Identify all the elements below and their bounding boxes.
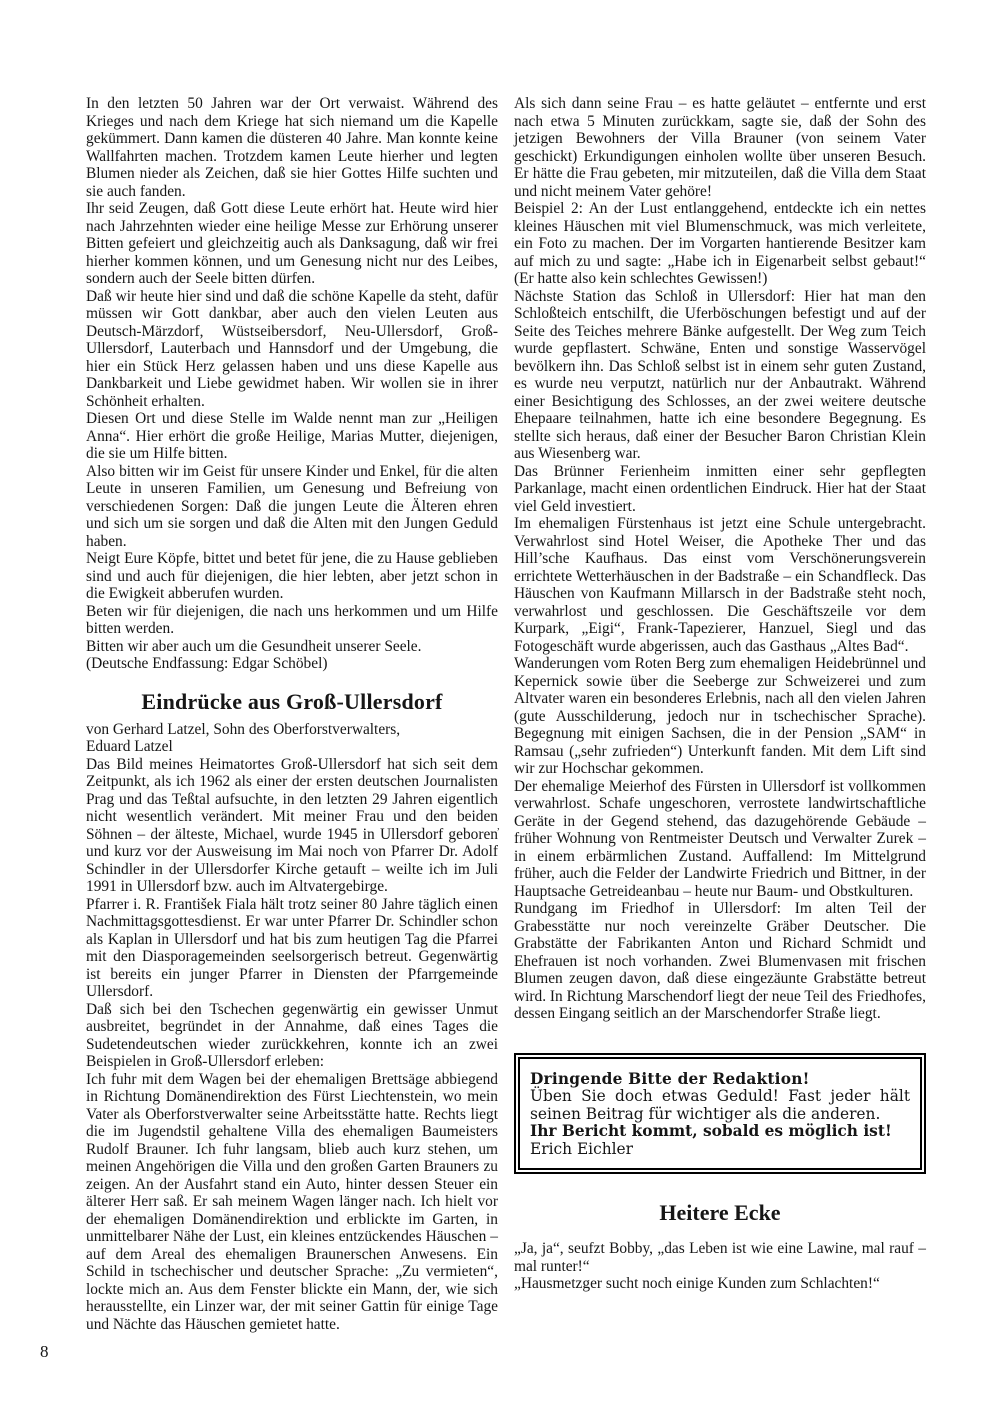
editor-notice-title: Dringende Bitte der Redaktion! bbox=[530, 1071, 910, 1089]
article-paragraph: Der ehemalige Meierhof des Fürsten in Ul… bbox=[514, 778, 926, 901]
scanned-newsletter-page: In den letzten 50 Jahren war der Ort ver… bbox=[0, 0, 1000, 1412]
sermon-paragraph: Ihr seid Zeugen, daß Gott diese Leute er… bbox=[86, 200, 498, 288]
sermon-paragraph: Diesen Ort und diese Stelle im Walde nen… bbox=[86, 410, 498, 463]
article-title: Eindrücke aus Groß-Ullersdorf bbox=[86, 689, 498, 715]
sermon-attribution: (Deutsche Endfassung: Edgar Schöbel) bbox=[86, 655, 498, 673]
article-paragraph: Daß sich bei den Tschechen gegenwärtig e… bbox=[86, 1001, 498, 1071]
right-column: Als sich dann seine Frau – es hatte gelä… bbox=[514, 95, 926, 1293]
editor-notice-emphasis: Ihr Bericht kommt, sobald es möglich ist… bbox=[530, 1123, 910, 1141]
article-paragraph: Ich fuhr mit dem Wagen bei der ehemalige… bbox=[86, 1071, 498, 1334]
sermon-paragraph: Bitten wir aber auch um die Gesundheit u… bbox=[86, 638, 498, 656]
left-column: In den letzten 50 Jahren war der Ort ver… bbox=[86, 95, 498, 1333]
humor-joke: „Ja, ja“, seufzt Bobby, „das Leben ist w… bbox=[514, 1240, 926, 1275]
scan-speck-artifact: , bbox=[497, 820, 500, 832]
sermon-paragraph: Daß wir heute hier sind und daß die schö… bbox=[86, 288, 498, 411]
byline-line2: Eduard Latzel bbox=[86, 738, 173, 755]
article-paragraph: Pfarrer i. R. František Fiala hält trotz… bbox=[86, 896, 498, 1001]
article-paragraph: Beispiel 2: An der Lust entlanggehend, e… bbox=[514, 200, 926, 288]
sermon-paragraph: Also bitten wir im Geist für unsere Kind… bbox=[86, 463, 498, 551]
sermon-paragraph: Beten wir für diejenigen, die nach uns h… bbox=[86, 603, 498, 638]
article-paragraph: Wanderungen vom Roten Berg zum ehemalige… bbox=[514, 655, 926, 778]
editor-notice-body: Üben Sie doch etwas Geduld! Fast jeder h… bbox=[530, 1088, 910, 1123]
article-paragraph: Rundgang im Friedhof in Ullersdorf: Im a… bbox=[514, 900, 926, 1023]
page-number: 8 bbox=[40, 1342, 49, 1362]
article-byline: von Gerhard Latzel, Sohn des Oberforstve… bbox=[86, 721, 498, 756]
byline-line1: von Gerhard Latzel, Sohn des Oberforstve… bbox=[86, 721, 400, 738]
sermon-paragraph: In den letzten 50 Jahren war der Ort ver… bbox=[86, 95, 498, 200]
editor-notice-box-inner: Dringende Bitte der Redaktion! Üben Sie … bbox=[518, 1057, 922, 1171]
article-paragraph: Als sich dann seine Frau – es hatte gelä… bbox=[514, 95, 926, 200]
article-paragraph: Im ehemaligen Fürstenhaus ist jetzt eine… bbox=[514, 515, 926, 655]
article-paragraph: Nächste Station das Schloß in Ullersdorf… bbox=[514, 288, 926, 463]
humor-joke: „Hausmetzger sucht noch einige Kunden zu… bbox=[514, 1275, 926, 1293]
article-paragraph: Das Bild meines Heimatortes Groß-Ullersd… bbox=[86, 756, 498, 896]
sermon-paragraph: Neigt Eure Köpfe, bittet und betet für j… bbox=[86, 550, 498, 603]
editor-notice-box: Dringende Bitte der Redaktion! Üben Sie … bbox=[514, 1053, 926, 1175]
humor-section-title: Heitere Ecke bbox=[514, 1200, 926, 1226]
article-paragraph: Das Brünner Ferienheim inmitten einer se… bbox=[514, 463, 926, 516]
editor-notice-signature: Erich Eichler bbox=[530, 1141, 910, 1159]
